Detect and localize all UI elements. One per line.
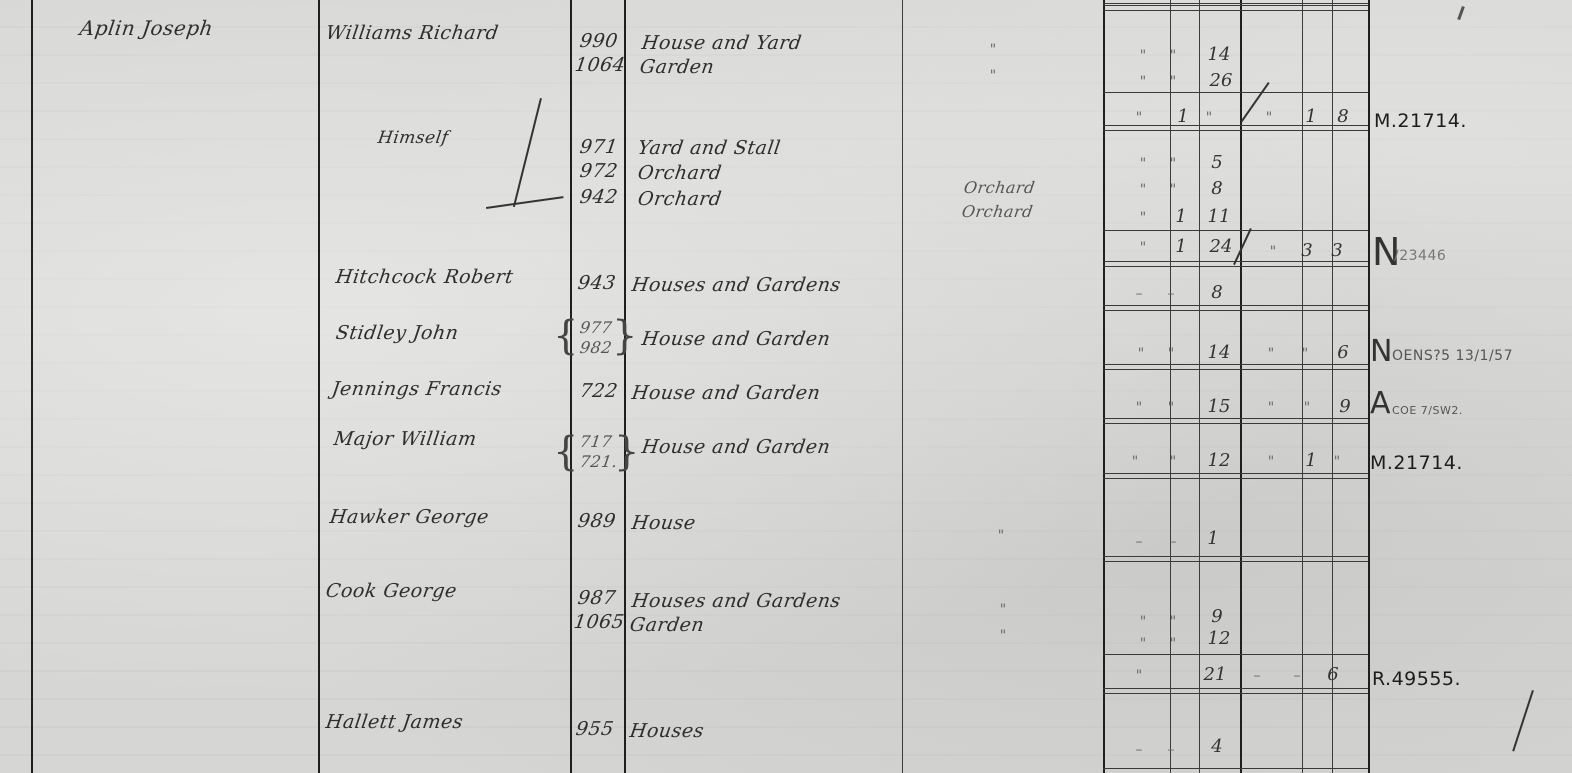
acres-value: " [1128,182,1158,198]
plot-number: 982 [579,338,614,357]
reference-stamp: COE 7/SW2. [1392,404,1463,417]
acres-value: " [1128,210,1158,226]
occupier-name: Hitchcock Robert [334,266,514,288]
rule-subtotal-cook [1103,654,1368,655]
plot-number: 972 [578,160,619,182]
margin-pencil-stroke [1512,690,1533,751]
cultivation-ditto: " [988,602,1018,618]
occupier-name: Hallett James [324,711,464,733]
margin-pencil-mark [1457,6,1465,20]
tithe-shillings: 3 [1292,240,1322,261]
roods-value: – [1158,534,1188,550]
rule-occupier-column [318,0,320,773]
acres-value: " [1128,614,1158,630]
perches-value: 11 [1204,206,1234,227]
perches-total: 21 [1200,664,1230,685]
occupier-name: Williams Richard [324,22,500,44]
roods-value: " [1158,74,1188,90]
brace-right: } [612,316,637,356]
rule-acres-column [1103,0,1105,773]
tithe-shillings: – [1282,668,1312,684]
occupier-name: Cook George [324,580,458,602]
perches-value: 14 [1204,342,1234,363]
tithe-pence: 6 [1318,664,1348,685]
tithe-pounds: " [1254,110,1284,126]
reference-stamp: M.21714. [1370,452,1463,474]
rule-left-border [31,0,33,773]
rule-total-cook [1103,688,1368,694]
acres-value: " [1124,400,1154,416]
plot-description: Houses and Gardens [630,590,842,612]
perches-total: 24 [1206,236,1236,257]
reference-stamp: /23446 [1394,248,1446,264]
acres-value: " [1128,48,1158,64]
brace-left: { [553,316,578,356]
brace-right: } [614,432,639,472]
rule-tithe-column [1240,0,1242,773]
occupier-name: Hawker George [328,506,490,528]
tithe-pence: 3 [1322,240,1352,261]
plot-number: 989 [576,510,617,532]
plot-number: 942 [578,186,619,208]
plot-description: Orchard [636,162,723,184]
roods-value: " [1156,400,1186,416]
tithe-pence: 8 [1328,106,1358,127]
tithe-pence: 9 [1330,396,1360,417]
landowner-name: Aplin Joseph [78,16,214,40]
perches-value: 12 [1204,450,1234,471]
perches-value: 15 [1204,396,1234,417]
plot-number: 955 [574,718,615,740]
plot-number: 971 [578,136,619,158]
bracket-stroke [513,98,542,207]
perches-total: " [1194,110,1224,126]
tithe-pounds: " [1258,244,1288,260]
plot-description: House and Garden [640,328,831,350]
plot-description: House and Garden [640,436,831,458]
perches-value: 4 [1202,736,1232,757]
occupier-name: Himself [377,128,450,148]
perches-value: 9 [1202,606,1232,627]
roods-total: 1 [1166,236,1196,257]
acres-value: " [1120,454,1150,470]
acres-value: " [1128,74,1158,90]
tithe-pounds: " [1256,400,1286,416]
perches-value: 5 [1202,152,1232,173]
perches-value: 8 [1202,282,1232,303]
plot-description: House and Garden [630,382,821,404]
plot-number: 990 [578,30,619,52]
plot-number: 721. [579,452,619,471]
reference-stamp: OENS?5 13/1/57 [1392,348,1513,364]
plot-description: Houses [628,720,705,742]
reference-stamp: R.49555. [1372,668,1461,690]
roods-value: " [1158,156,1188,172]
acres-value: – [1124,742,1154,758]
plot-number: 717 [579,432,614,451]
roods-value: 1 [1166,206,1196,227]
plot-number: 722 [578,380,619,402]
perches-value: 1 [1198,528,1228,549]
plot-description: Garden [638,56,715,78]
roods-value: – [1156,286,1186,302]
rule-bottom [1103,768,1368,769]
plot-description: House [630,512,697,534]
rule-total-jennings [1103,418,1368,424]
tithe-shillings: " [1290,346,1320,362]
tithe-pence: " [1322,454,1352,470]
perches-value: 26 [1206,70,1236,91]
plot-number: 1065 [572,611,625,633]
plot-description: Garden [628,614,705,636]
rule-total-hawker [1103,556,1368,562]
plot-description: Yard and Stall [636,137,782,159]
rule-cultivation-column [902,0,903,773]
rule-plot-number-column [570,0,572,773]
cultivation-ditto: " [986,528,1016,544]
cultivation-state: Orchard [963,178,1037,197]
rule-description-column [624,0,626,773]
reference-stamp: M.21714. [1374,110,1467,132]
tithe-shillings: " [1292,400,1322,416]
acres-value: " [1126,346,1156,362]
plot-number: 987 [576,587,617,609]
roods-value: " [1158,454,1188,470]
tithe-pounds: " [1256,454,1286,470]
occupier-name: Major William [332,428,478,450]
reference-stamp-initial: N [1370,334,1393,369]
rule-total-stidley [1103,364,1368,370]
acres-value: " [1128,636,1158,652]
rule-total-major [1103,473,1368,479]
plot-number: 977 [579,318,614,337]
occupier-name: Stidley John [334,322,460,344]
cultivation-ditto: " [978,42,1008,58]
roods-value: " [1158,636,1188,652]
rule-subtotal-williams [1103,92,1368,93]
cultivation-state: Orchard [961,202,1035,221]
cultivation-ditto: " [988,628,1018,644]
perches-value: 12 [1204,628,1234,649]
perches-value: 8 [1202,178,1232,199]
cultivation-ditto: " [978,68,1008,84]
plot-description: House and Yard [640,32,803,54]
acres-value: " [1128,156,1158,172]
plot-number: 1064 [573,54,626,76]
rule-subtotal-himself [1103,230,1368,231]
acres-total: " [1128,240,1158,256]
tithe-pounds: – [1242,668,1272,684]
rule-top-double [1103,5,1368,11]
tithe-pounds: " [1256,346,1286,362]
tithe-pence: 6 [1328,342,1358,363]
bracket-stroke [486,196,563,208]
acres-total: " [1124,110,1154,126]
reference-stamp-initial: A [1370,386,1391,421]
roods-value: " [1158,48,1188,64]
roods-value: " [1158,614,1188,630]
acres-total: " [1124,668,1154,684]
brace-left: { [553,432,578,472]
perches-value: 14 [1204,44,1234,65]
rule-top [1103,3,1368,4]
acres-value: – [1124,286,1154,302]
roods-value: " [1156,346,1186,362]
occupier-name: Jennings Francis [330,378,503,400]
roods-value: " [1158,182,1188,198]
plot-description: Orchard [636,188,723,210]
tithe-shillings: 1 [1296,106,1326,127]
rule-total-hitchcock [1103,305,1368,311]
acres-value: – [1124,534,1154,550]
plot-description: Houses and Gardens [630,274,842,296]
plot-number: 943 [576,272,617,294]
roods-value: – [1156,742,1186,758]
